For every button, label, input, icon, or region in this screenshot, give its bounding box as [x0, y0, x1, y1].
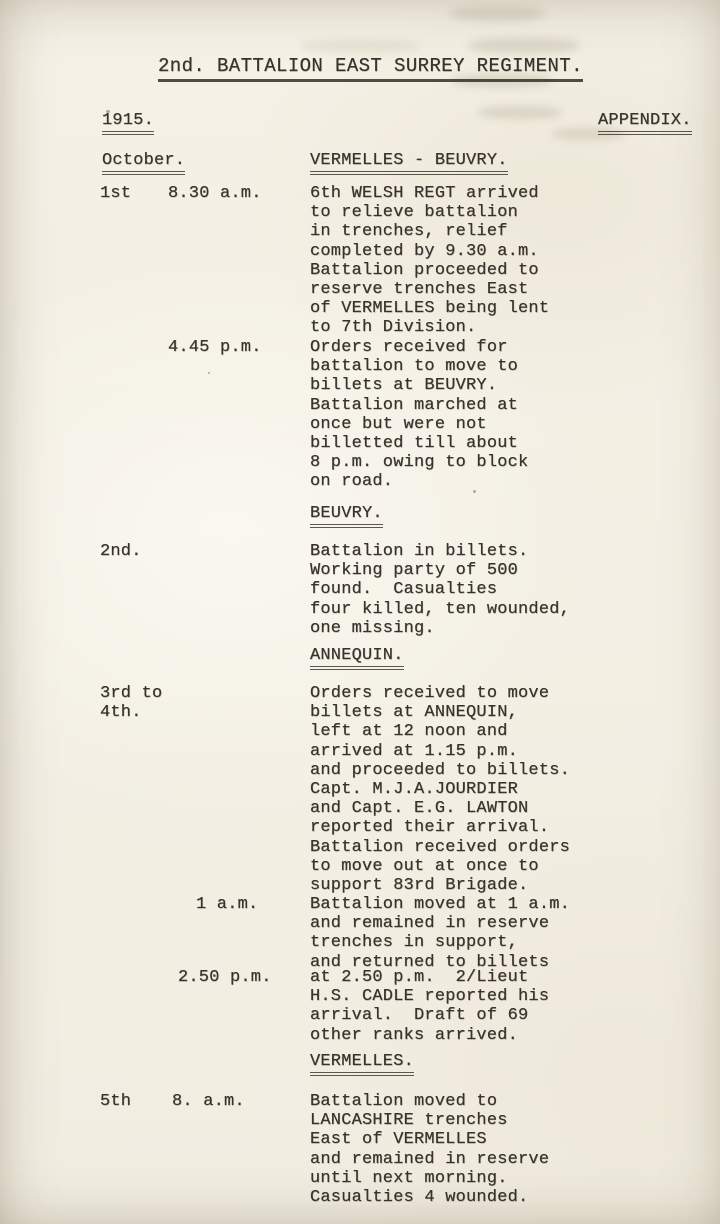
entry-body: at 2.50 p.m. 2/Lieut H.S. CADLE reported… — [310, 968, 549, 1045]
entry-body: 6th WELSH REGT arrived to relieve battal… — [310, 184, 549, 338]
entry-body: Battalion moved at 1 a.m. and remained i… — [310, 895, 570, 972]
entry-body: Battalion in billets. Working party of 5… — [310, 542, 570, 638]
month-label: October. — [102, 151, 185, 175]
entry-date: 1st — [100, 184, 131, 203]
paper-stain — [478, 106, 562, 119]
entry-time: 8.30 a.m. — [168, 184, 262, 203]
entry-body: Orders received for battalion to move to… — [310, 338, 528, 492]
ink-speck — [208, 372, 210, 374]
entry-body: Battalion moved to LANCASHIRE trenches E… — [310, 1092, 549, 1207]
diary-page: 2nd. BATTALION EAST SURREY REGIMENT. 191… — [0, 0, 720, 1224]
entry-date: 3rd to 4th. — [100, 684, 162, 722]
entry-time: 4.45 p.m. — [168, 338, 262, 357]
paper-stain — [468, 38, 580, 53]
entry-time: 1 a.m. — [196, 895, 258, 914]
paper-stain — [450, 6, 545, 21]
section-heading-vermelles-beuvry: VERMELLES - BEUVRY. — [310, 151, 508, 175]
year-label: 1915. — [102, 111, 154, 135]
page-title: 2nd. BATTALION EAST SURREY REGIMENT. — [158, 55, 583, 82]
paper-stain — [300, 40, 420, 52]
section-heading-beuvry: BEUVRY. — [310, 504, 383, 528]
section-heading-annequin: ANNEQUIN. — [310, 646, 404, 670]
entry-time: 8. a.m. — [172, 1092, 245, 1111]
appendix-label: APPENDIX. — [598, 111, 692, 135]
section-heading-vermelles: VERMELLES. — [310, 1052, 414, 1076]
entry-date: 2nd. — [100, 542, 142, 561]
entry-date: 5th — [100, 1092, 131, 1111]
entry-body: Orders received to move billets at ANNEQ… — [310, 684, 570, 895]
entry-time: 2.50 p.m. — [178, 968, 272, 987]
